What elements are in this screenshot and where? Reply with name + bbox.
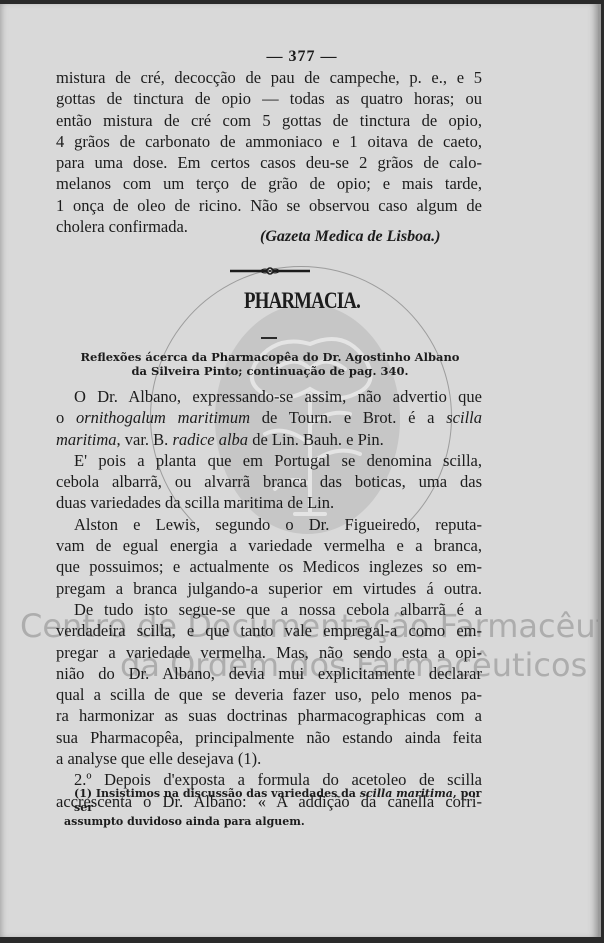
text-line: para uma dose. Em certos casos deu-se 2 …	[56, 152, 482, 173]
article-body: O Dr. Albano, expressando-se assim, não …	[56, 386, 482, 812]
text-line: 1 onça de oleo de ricino. Não se observo…	[56, 195, 482, 216]
article-subheading: Reflexões ácerca da Pharmacopêa do Dr. A…	[60, 350, 480, 378]
section-title: PHARMACIA.	[54, 288, 549, 314]
text-line: nião do Dr. Albano, devia mui explicitam…	[56, 663, 482, 684]
text-line: maritima, var. B. radice alba de Lin. Ba…	[56, 429, 482, 450]
subheading-line: da Silveira Pinto; continuação de pag. 3…	[60, 364, 480, 378]
text-line: que possuimos; e actualmente os Medicos …	[56, 556, 482, 577]
page-number: — 377 —	[0, 48, 601, 66]
text-line: mistura de cré, decocção de pau de campe…	[56, 67, 482, 88]
text-line: duas variedades da scilla maritima de Li…	[56, 492, 482, 513]
source-attribution: (Gazeta Medica de Lisboa.)	[260, 228, 440, 246]
text-line: verdadeira scilla, e que tanto vale empr…	[56, 620, 482, 641]
footnote-line: (1) Insistimos na discussão das variedad…	[64, 787, 484, 815]
text-line: a analyse que elle desejava (1).	[56, 748, 482, 769]
text-line: Alston e Lewis, segundo o Dr. Figueiredo…	[56, 514, 482, 535]
text-line: cebola albarrã, ou alvarrã branca das bo…	[56, 471, 482, 492]
footnote: (1) Insistimos na discussão das variedad…	[64, 787, 484, 829]
title-rule	[261, 337, 277, 339]
text-line: E' pois a planta que em Portugal se deno…	[56, 450, 482, 471]
text-line: ra harmonizar as suas doctrinas pharmaco…	[56, 705, 482, 726]
subheading-line: Reflexões ácerca da Pharmacopêa do Dr. A…	[60, 350, 480, 364]
text-line: qual a scilla de que se deveria fazer us…	[56, 684, 482, 705]
text-line: gottas de tinctura de opio — todas as qu…	[56, 88, 482, 109]
text-line: De tudo isto segue-se que a nossa cebola…	[56, 599, 482, 620]
text-line: então mistura de cré com 5 gottas de tin…	[56, 110, 482, 131]
text-line: o ornithogalum maritimum de Tourn. e Bro…	[56, 407, 482, 428]
text-line: vam de egual energia a variedade vermelh…	[56, 535, 482, 556]
text-line: melanos com um terço de grão de opio; e …	[56, 173, 482, 194]
top-paragraph: mistura de cré, decocção de pau de campe…	[56, 67, 482, 237]
text-line: 4 grãos de carbonato de ammoniaco e 1 oi…	[56, 131, 482, 152]
text-line: pregam a branca julgando-a superior em v…	[56, 578, 482, 599]
footnote-line: assumpto duvidoso ainda para alguem.	[64, 815, 484, 829]
ornamental-divider-icon	[228, 267, 312, 275]
text-line: sua Pharmacopêa, principalmente não esta…	[56, 727, 482, 748]
text-line: pregar a variedade vermelha. Mas, não se…	[56, 642, 482, 663]
text-line: O Dr. Albano, expressando-se assim, não …	[56, 386, 482, 407]
scanned-page: Centro de Documentação Farmacêutica da O…	[0, 4, 601, 937]
